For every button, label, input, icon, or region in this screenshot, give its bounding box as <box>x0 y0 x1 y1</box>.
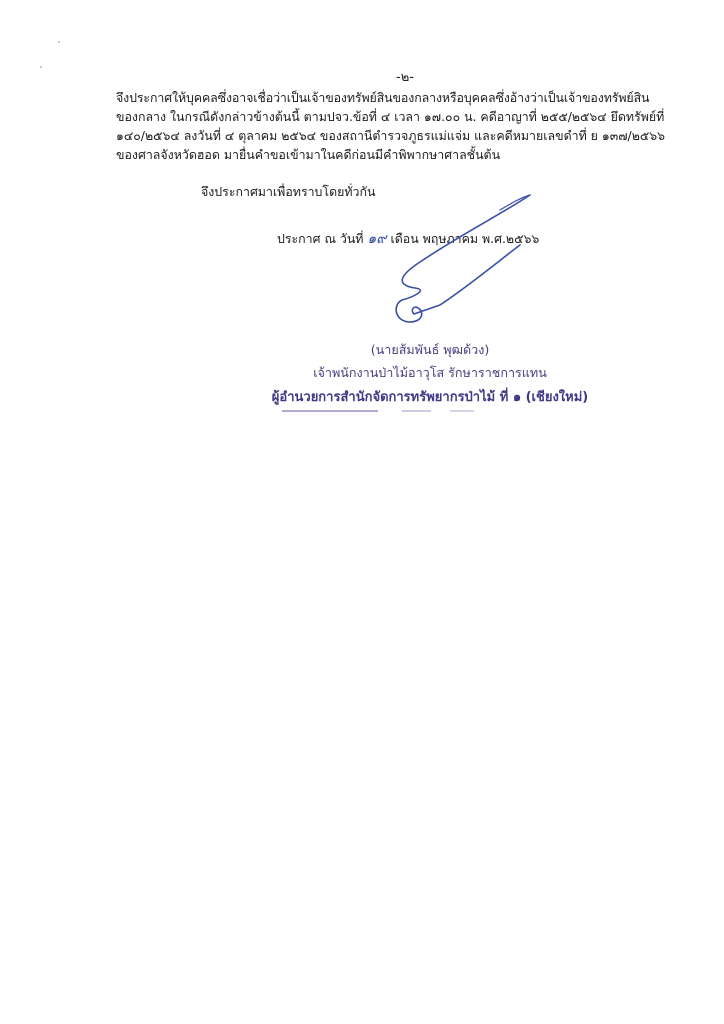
page-number: -๒- <box>396 66 414 87</box>
scan-speck <box>40 66 42 68</box>
paragraph-line: จึงประกาศให้บุคคลซึ่งอาจเชื่อว่าเป็นเจ้า… <box>116 88 676 107</box>
announcement-paragraph: จึงประกาศให้บุคคลซึ่งอาจเชื่อว่าเป็นเจ้า… <box>116 88 676 164</box>
stamp-residue <box>282 410 522 412</box>
closing-statement: จึงประกาศมาเพื่อทราบโดยทั่วกัน <box>201 183 376 202</box>
signature-icon <box>380 190 550 330</box>
paragraph-line: ของศาลจังหวัดฮอด มายื่นคำขอเข้ามาในคดีก่… <box>116 145 676 164</box>
date-prefix: ประกาศ ณ วันที่ <box>277 231 363 246</box>
signatory-name: (นายส้มพันธ์ พุฒด้วง) <box>270 340 590 360</box>
signatory-organization: ผู้อำนวยการสำนักจัดการทรัพยากรป่าไม้ ที่… <box>270 386 590 407</box>
paragraph-line: ๑๔๐/๒๕๖๔ ลงวันที่ ๔ ตุลาคม ๒๕๖๔ ของสถานี… <box>116 126 676 145</box>
signatory-position: เจ้าพนักงานป่าไม้อาวุโส รักษาราชการแทน <box>270 363 590 383</box>
paragraph-line: ของกลาง ในกรณีดังกล่าวข้างต้นนี้ ตามปจว.… <box>116 107 676 126</box>
scan-speck <box>58 41 60 43</box>
